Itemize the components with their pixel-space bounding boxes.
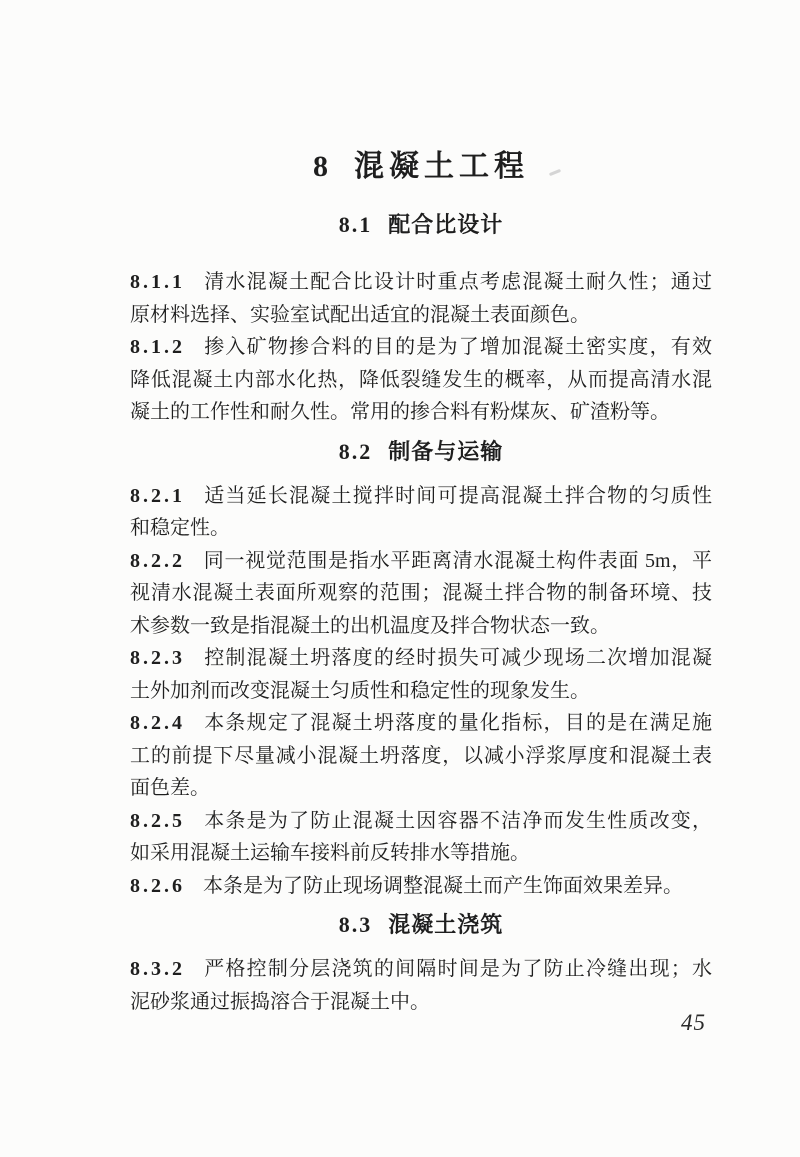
clause-text: 控制混凝土坍落度的经时损失可减少现场二次增加混凝 <box>203 647 712 669</box>
clause-8-2-6-line-1: 8.2.6本条是为了防止现场调整混凝土而产生饰面效果差异。 <box>130 870 712 903</box>
clause-text: 清水混凝土配合比设计时重点考虑混凝土耐久性；通过 <box>203 271 712 293</box>
clause-8-2-2-line-3: 术参数一致是指混凝土的出机温度及拌合物状态一致。 <box>130 610 712 643</box>
clause-number: 8.2.1 <box>130 485 185 507</box>
clause-8-2-2-line-1: 8.2.2同一视觉范围是指水平距离清水混凝土构件表面 5m，平 <box>130 545 712 578</box>
clause-number: 8.2.2 <box>130 550 185 572</box>
chapter-number: 8 <box>313 150 328 183</box>
clause-8-2-4-line-1: 8.2.4本条规定了混凝土坍落度的量化指标，目的是在满足施 <box>130 707 712 740</box>
section-heading-8-1: 8.1配合比设计 <box>130 212 712 238</box>
clause-text: 掺入矿物掺合料的目的是为了增加混凝土密实度，有效 <box>203 336 712 358</box>
clause-8-1-2-line-2: 降低混凝土内部水化热，降低裂缝发生的概率，从而提高清水混 <box>130 364 712 397</box>
clause-number: 8.3.2 <box>130 958 185 980</box>
clause-8-2-2-line-2: 视清水混凝土表面所观察的范围；混凝土拌合物的制备环境、技 <box>130 577 712 610</box>
clause-8-1-2-line-3: 凝土的工作性和耐久性。常用的掺合料有粉煤灰、矿渣粉等。 <box>130 396 712 429</box>
section-title: 混凝土浇筑 <box>388 912 503 937</box>
clause-number: 8.2.6 <box>130 875 185 897</box>
clause-8-1-1-line-1: 8.1.1清水混凝土配合比设计时重点考虑混凝土耐久性；通过 <box>130 266 712 299</box>
section-number: 8.1 <box>339 212 373 237</box>
clause-8-1-1-line-2: 原材料选择、实验室试配出适宜的混凝土表面颜色。 <box>130 299 712 332</box>
clause-text: 本条是为了防止混凝土因容器不洁净而发生性质改变， <box>203 810 712 832</box>
section-title: 制备与运输 <box>388 439 503 464</box>
section-heading-8-2: 8.2制备与运输 <box>130 439 712 465</box>
clause-text: 同一视觉范围是指水平距离清水混凝土构件表面 5m，平 <box>203 550 712 572</box>
section-8-2: 8.2制备与运输 8.2.1适当延长混凝土搅拌时间可提高混凝土拌合物的匀质性 和… <box>130 439 712 903</box>
clause-8-3-2-line-1: 8.3.2严格控制分层浇筑的间隔时间是为了防止冷缝出现；水 <box>130 953 712 986</box>
clause-text: 本条是为了防止现场调整混凝土而产生饰面效果差异。 <box>203 875 683 897</box>
clause-number: 8.1.2 <box>130 336 185 358</box>
clause-number: 8.2.3 <box>130 647 185 669</box>
clause-text: 适当延长混凝土搅拌时间可提高混凝土拌合物的匀质性 <box>203 485 712 507</box>
clause-8-2-1-line-1: 8.2.1适当延长混凝土搅拌时间可提高混凝土拌合物的匀质性 <box>130 480 712 513</box>
clause-8-2-4-line-3: 面色差。 <box>130 772 712 805</box>
scanned-document-page: 8混凝土工程 8.1配合比设计 8.1.1清水混凝土配合比设计时重点考虑混凝土耐… <box>0 0 800 1157</box>
section-8-3: 8.3混凝土浇筑 8.3.2严格控制分层浇筑的间隔时间是为了防止冷缝出现；水 泥… <box>130 912 712 1018</box>
text-column: 8混凝土工程 8.1配合比设计 8.1.1清水混凝土配合比设计时重点考虑混凝土耐… <box>0 0 800 1018</box>
clause-number: 8.1.1 <box>130 271 185 293</box>
clause-8-2-3-line-2: 土外加剂而改变混凝土匀质性和稳定性的现象发生。 <box>130 675 712 708</box>
clause-8-2-1-line-2: 和稳定性。 <box>130 512 712 545</box>
clause-text: 本条规定了混凝土坍落度的量化指标，目的是在满足施 <box>203 712 712 734</box>
chapter-title-text: 混凝土工程 <box>354 150 529 183</box>
clause-8-2-3-line-1: 8.2.3控制混凝土坍落度的经时损失可减少现场二次增加混凝 <box>130 642 712 675</box>
chapter-title: 8混凝土工程 <box>130 148 712 186</box>
section-8-1: 8.1配合比设计 8.1.1清水混凝土配合比设计时重点考虑混凝土耐久性；通过 原… <box>130 212 712 429</box>
clause-text: 严格控制分层浇筑的间隔时间是为了防止冷缝出现；水 <box>203 958 712 980</box>
section-title: 配合比设计 <box>388 212 503 237</box>
clause-8-2-4-line-2: 工的前提下尽量减小混凝土坍落度，以减小浮浆厚度和混凝土表 <box>130 740 712 773</box>
clause-8-3-2-line-2: 泥砂浆通过振捣溶合于混凝土中。 <box>130 986 712 1019</box>
clause-8-2-5-line-1: 8.2.5本条是为了防止混凝土因容器不洁净而发生性质改变， <box>130 805 712 838</box>
clause-8-1-2-line-1: 8.1.2掺入矿物掺合料的目的是为了增加混凝土密实度，有效 <box>130 331 712 364</box>
clause-8-2-5-line-2: 如采用混凝土运输车接料前反转排水等措施。 <box>130 837 712 870</box>
section-number: 8.2 <box>339 439 373 464</box>
clause-number: 8.2.4 <box>130 712 185 734</box>
section-heading-8-3: 8.3混凝土浇筑 <box>130 912 712 938</box>
clause-number: 8.2.5 <box>130 810 185 832</box>
section-number: 8.3 <box>339 912 373 937</box>
page-number: 45 <box>681 1010 706 1036</box>
